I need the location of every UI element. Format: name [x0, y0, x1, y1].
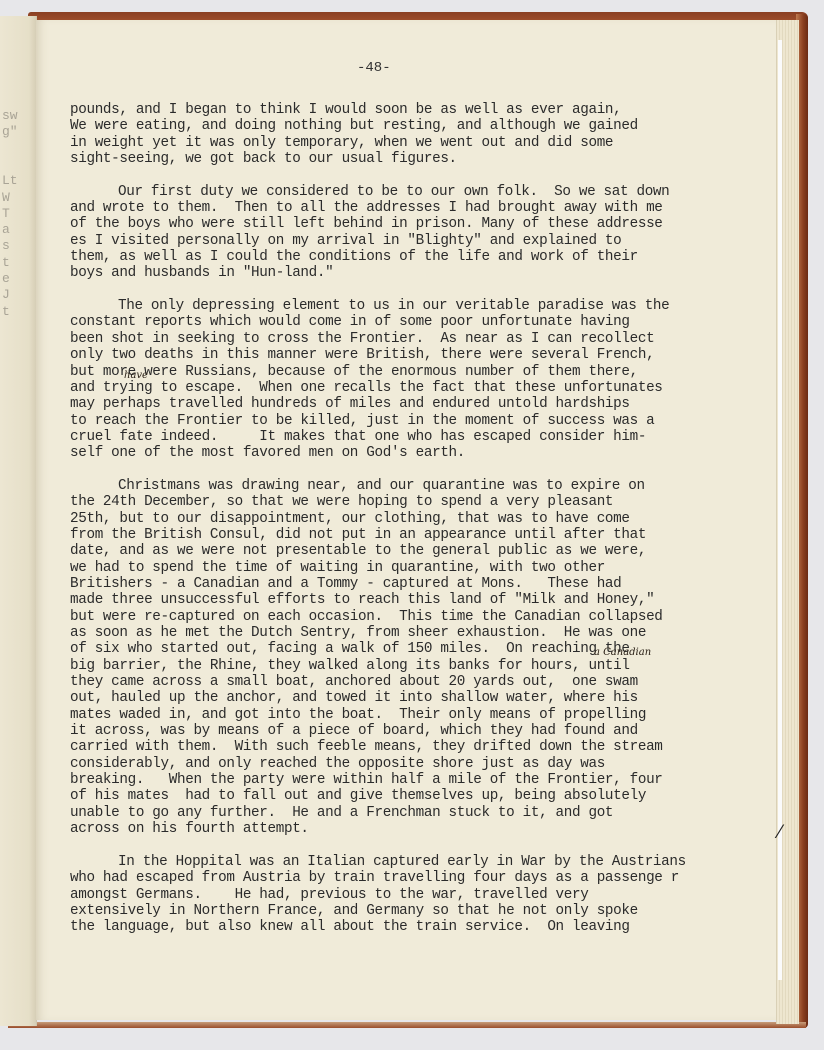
text-line: and wrote to them. Then to all the addre…: [70, 200, 790, 216]
page-number: -48-: [357, 60, 391, 76]
left-page-fragment: W: [2, 190, 10, 206]
text-line: we had to spend the time of waiting in q…: [70, 560, 790, 576]
handwritten-insert-canadian: a Canadian: [594, 647, 651, 658]
text-line: made three unsuccessful efforts to reach…: [70, 592, 790, 608]
text-line: it across, was by means of a piece of bo…: [70, 723, 790, 739]
text-line: cruel fate indeed. It makes that one who…: [70, 429, 790, 445]
text-line: of his mates had to fall out and give th…: [70, 788, 790, 804]
text-line: who had escaped from Austria by train tr…: [70, 870, 790, 886]
text-line: Our first duty we considered to be to ou…: [70, 184, 790, 200]
left-page-fragment: g": [2, 124, 18, 140]
body-text: pounds, and I began to think I would soo…: [70, 102, 790, 936]
text-line: only two deaths in this manner were Brit…: [70, 347, 790, 363]
text-line: considerably, and only reached the oppos…: [70, 756, 790, 772]
text-line: been shot in seeking to cross the Fronti…: [70, 331, 790, 347]
left-page-fragment: t: [2, 255, 10, 271]
text-line: sight-seeing, we got back to our usual f…: [70, 151, 790, 167]
text-line: Britishers - a Canadian and a Tommy - ca…: [70, 576, 790, 592]
paragraph-gap: [70, 837, 790, 853]
text-line: es I visited personally on my arrival in…: [70, 233, 790, 249]
text-line: and trying to escape. When one recalls t…: [70, 380, 790, 396]
margin-mark: ⁄: [778, 822, 781, 843]
left-page-fragment: t: [2, 304, 10, 320]
text-line: out, hauled up the anchor, and towed it …: [70, 690, 790, 706]
paragraph-gap: [70, 462, 790, 478]
text-line: but were re-captured on each occasion. T…: [70, 609, 790, 625]
text-line: to reach the Frontier to be killed, just…: [70, 413, 790, 429]
document-page: -48- pounds, and I began to think I woul…: [36, 20, 776, 1020]
text-line: carried with them. With such feeble mean…: [70, 739, 790, 755]
left-page-fragment: a: [2, 222, 10, 238]
book-cover-bottom: [8, 1022, 806, 1028]
text-line: self one of the most favored men on God'…: [70, 445, 790, 461]
text-line: in weight yet it was only temporary, whe…: [70, 135, 790, 151]
text-line: 25th, but to our disappointment, our clo…: [70, 511, 790, 527]
text-line: of the boys who were still left behind i…: [70, 216, 790, 232]
text-line: may perhaps travelled hundreds of miles …: [70, 396, 790, 412]
text-line: extensively in Northern France, and Germ…: [70, 903, 790, 919]
text-line: Christmans was drawing near, and our qua…: [70, 478, 790, 494]
text-line: We were eating, and doing nothing but re…: [70, 118, 790, 134]
text-line: of six who started out, facing a walk of…: [70, 641, 790, 657]
text-line: the language, but also knew all about th…: [70, 919, 790, 935]
left-page-fragment: Lt: [2, 173, 18, 189]
text-line: they came across a small boat, anchored …: [70, 674, 790, 690]
text-line: In the Hoppital was an Italian captured …: [70, 854, 790, 870]
left-page-fragment: sw: [2, 108, 18, 124]
left-page-fragment: J: [2, 287, 10, 303]
text-line: as soon as he met the Dutch Sentry, from…: [70, 625, 790, 641]
left-page-fragment: e: [2, 271, 10, 287]
handwritten-insert-have: have: [124, 370, 148, 381]
text-line: from the British Consul, did not put in …: [70, 527, 790, 543]
text-line: date, and as we were not presentable to …: [70, 543, 790, 559]
paragraph-gap: [70, 167, 790, 183]
text-line: mates waded in, and got into the boat. T…: [70, 707, 790, 723]
text-line: constant reports which would come in of …: [70, 314, 790, 330]
text-line: pounds, and I began to think I would soo…: [70, 102, 790, 118]
left-page-fragment: s: [2, 238, 10, 254]
text-line: big barrier, the Rhine, they walked alon…: [70, 658, 790, 674]
paragraph: In the Hoppital was an Italian captured …: [70, 854, 790, 936]
text-line: The only depressing element to us in our…: [70, 298, 790, 314]
paragraph: The only depressing element to us in our…: [70, 298, 790, 461]
text-line: breaking. When the party were within hal…: [70, 772, 790, 788]
text-line: the 24th December, so that we were hopin…: [70, 494, 790, 510]
paragraph: Our first duty we considered to be to ou…: [70, 184, 790, 282]
text-line: boys and husbands in "Hun-land.": [70, 265, 790, 281]
text-line: unable to go any further. He and a Frenc…: [70, 805, 790, 821]
text-line: them, as well as I could the conditions …: [70, 249, 790, 265]
paragraph: Christmans was drawing near, and our qua…: [70, 478, 790, 838]
left-page-fragment: T: [2, 206, 10, 222]
left-page-edge: swg"LtWTasteJt: [0, 16, 37, 1026]
text-line: across on his fourth attempt.: [70, 821, 790, 837]
text-line: but more were Russians, because of the e…: [70, 364, 790, 380]
paragraph-gap: [70, 282, 790, 298]
text-line: amongst Germans. He had, previous to the…: [70, 887, 790, 903]
paragraph: pounds, and I began to think I would soo…: [70, 102, 790, 167]
